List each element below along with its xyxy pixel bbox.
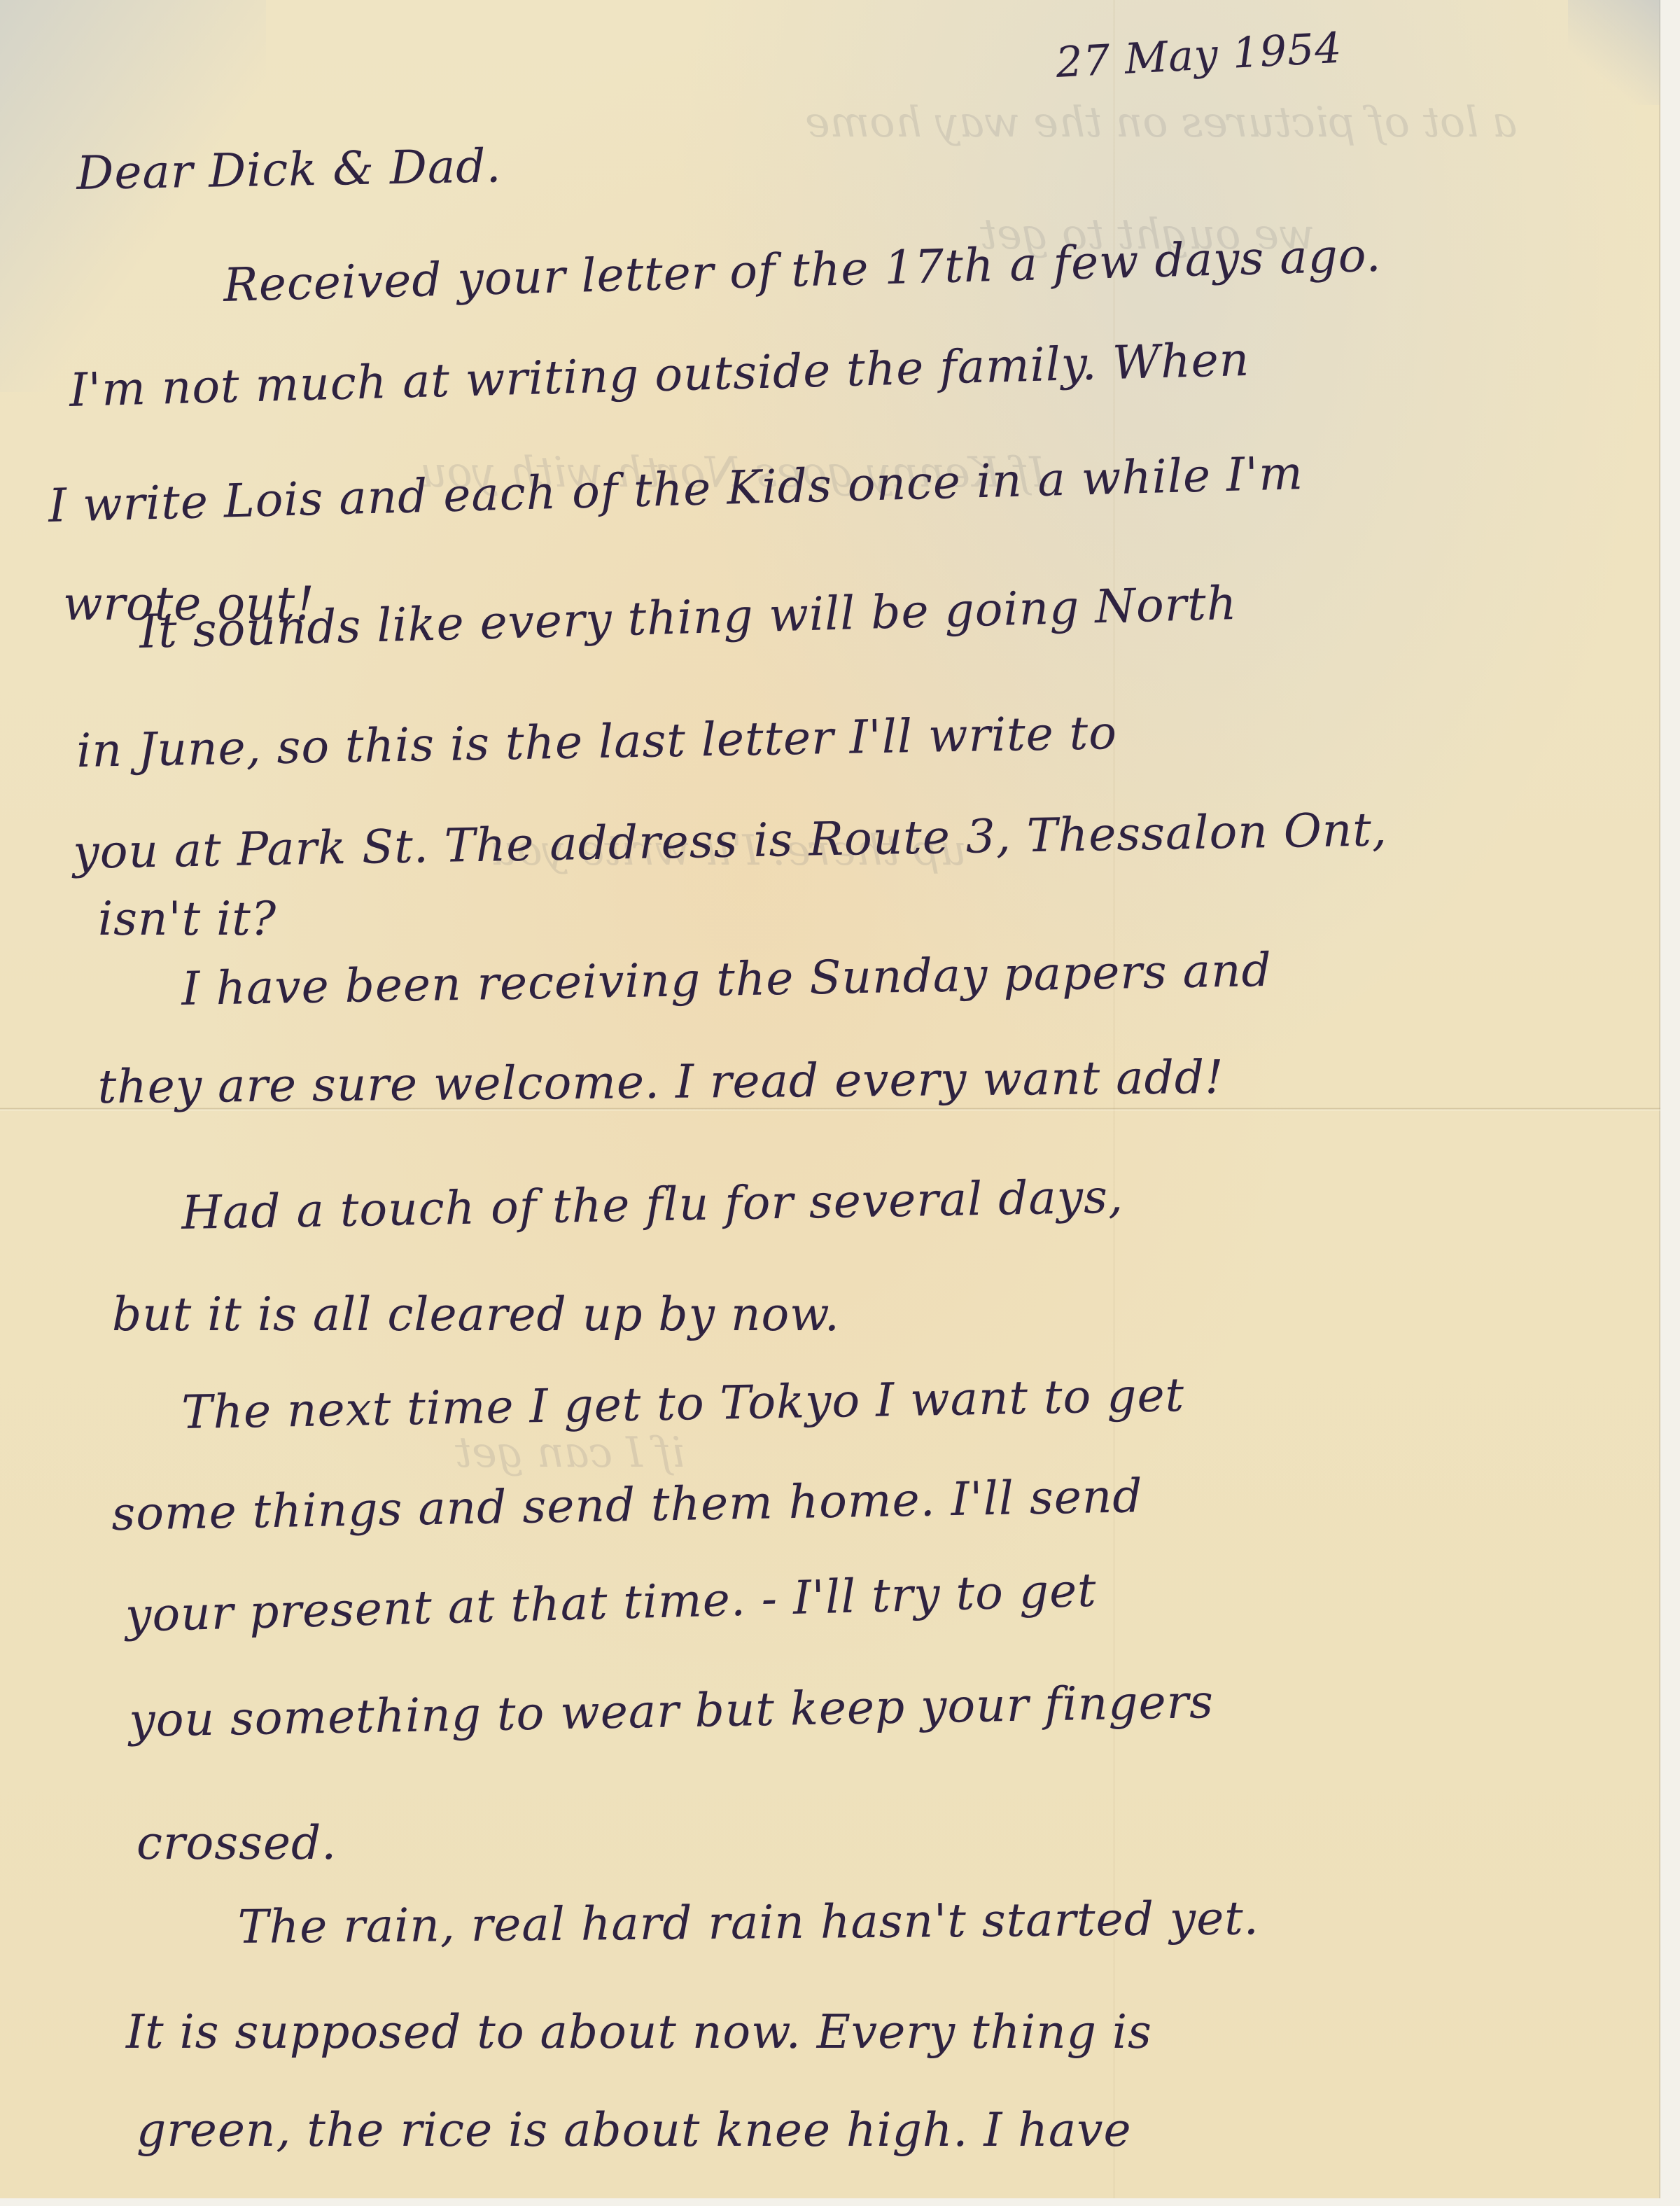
letter-line: in June, so this is the last letter I'll… — [76, 710, 1118, 774]
letter-line: you something to wear but keep your fing… — [129, 1679, 1214, 1744]
letter-line: some things and send them home. I'll sen… — [111, 1473, 1143, 1537]
bleed-through-text: a lot of pictures on the way home — [805, 98, 1517, 147]
letter-page: a lot of pictures on the way home we oug… — [0, 0, 1660, 2198]
letter-line: I write Lois and each of the Kids once i… — [48, 450, 1303, 529]
letter-line: The next time I get to Tokyo I want to g… — [181, 1372, 1185, 1436]
letter-line: The rain, real hard rain hasn't started … — [237, 1895, 1259, 1950]
letter-line: you at Park St. The address is Route 3, … — [73, 807, 1388, 876]
letter-line: I have been receiving the Sunday papers … — [181, 947, 1272, 1012]
letter-line: green, the rice is about knee high. I ha… — [136, 2107, 1132, 2153]
letter-date: 27 May 1954 — [1055, 27, 1343, 84]
paper-stain — [1568, 0, 1660, 105]
letter-line: but it is all cleared up by now. — [112, 1292, 840, 1338]
letter-line: Had a touch of the flu for several days, — [181, 1174, 1124, 1236]
letter-line: isn't it? — [98, 896, 276, 942]
letter-line: your present at that time. - I'll try to… — [125, 1568, 1097, 1639]
letter-line: crossed. — [136, 1820, 337, 1866]
letter-salutation: Dear Dick & Dad. — [76, 143, 502, 197]
letter-line: Received your letter of the 17th a few d… — [223, 232, 1382, 309]
letter-line: It is supposed to about now. Every thing… — [126, 2009, 1152, 2055]
letter-line: they are sure welcome. I read every want… — [97, 1054, 1224, 1110]
bleed-through-text: if I can get — [455, 1428, 685, 1477]
